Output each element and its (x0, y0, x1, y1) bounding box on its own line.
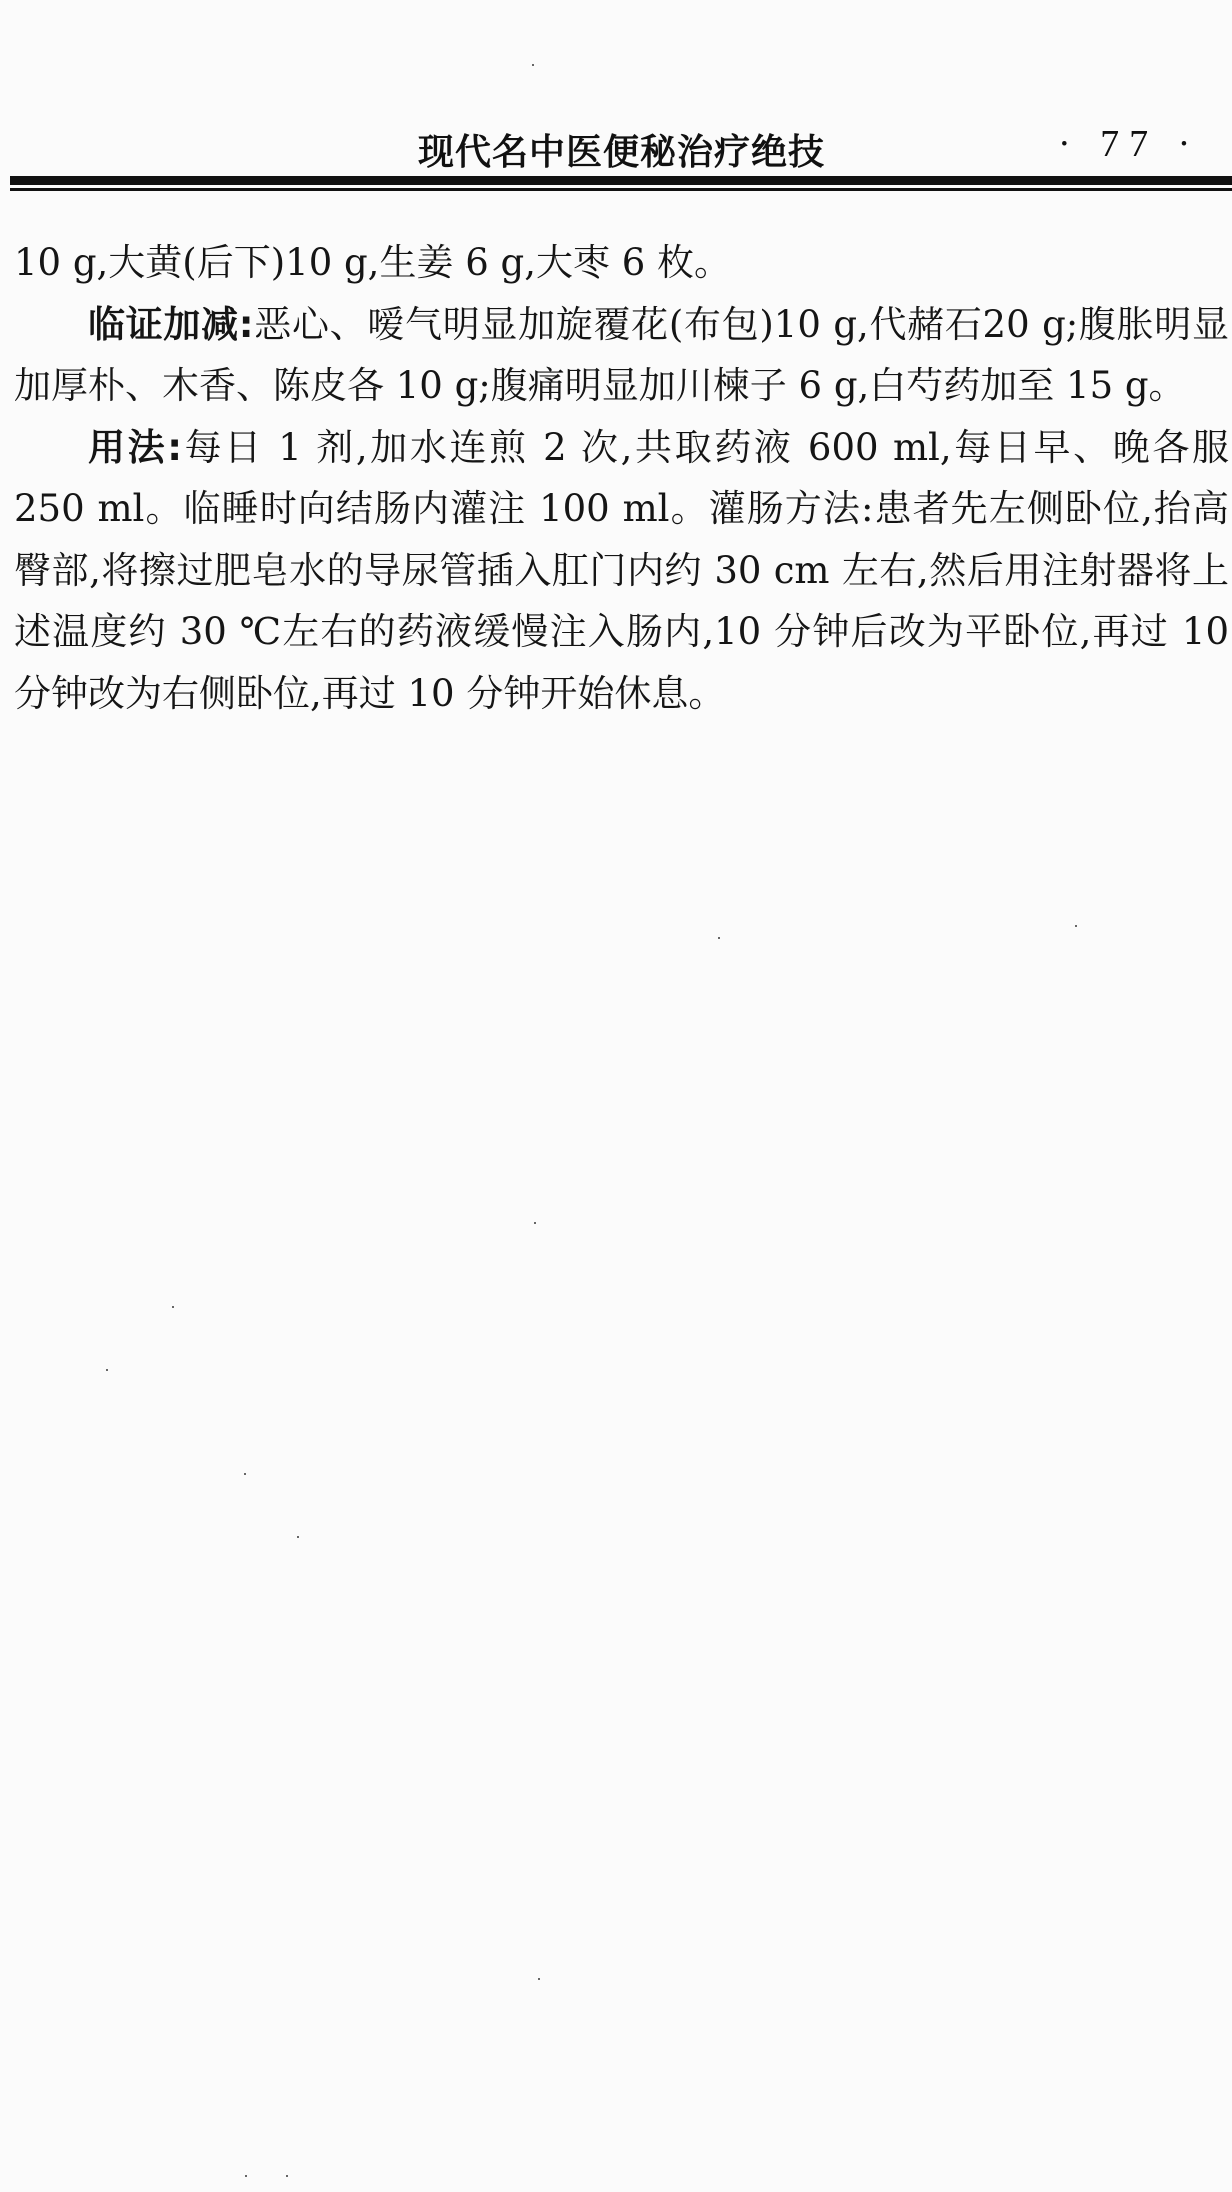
scan-speck (1075, 925, 1077, 927)
scan-speck (718, 937, 720, 939)
paragraph-prescription-end: 10 g,大黄(后下)10 g,生姜 6 g,大枣 6 枚。 (14, 232, 1229, 294)
scan-speck (532, 64, 534, 66)
paragraph-keyword: 用法: (88, 426, 182, 469)
scan-speck (172, 1306, 174, 1308)
body-text: 10 g,大黄(后下)10 g,生姜 6 g,大枣 6 枚。 临证加减:恶心、嗳… (14, 232, 1229, 724)
paragraph-modifications: 临证加减:恶心、嗳气明显加旋覆花(布包)10 g,代赭石20 g;腹胀明显加厚朴… (14, 294, 1229, 417)
paragraph-usage: 用法:每日 1 剂,加水连煎 2 次,共取药液 600 ml,每日早、晚各服 2… (14, 417, 1229, 725)
scan-speck (244, 1473, 246, 1475)
header-rule-thin (10, 188, 1232, 191)
header-rule-thick (10, 176, 1232, 185)
page-number: · 77 · (1058, 122, 1200, 166)
scan-speck (286, 2175, 288, 2177)
scan-speck (534, 1222, 536, 1224)
scan-speck (538, 1978, 540, 1980)
scan-speck (297, 1536, 299, 1538)
scan-speck (245, 2175, 247, 2177)
book-title: 现代名中医便秘治疗绝技 (418, 124, 825, 175)
paragraph-keyword: 临证加减: (88, 303, 254, 346)
paragraph-text: 10 g,大黄(后下)10 g,生姜 6 g,大枣 6 枚。 (14, 241, 731, 284)
scan-speck (106, 1369, 108, 1371)
paragraph-text: 每日 1 剂,加水连煎 2 次,共取药液 600 ml,每日早、晚各服 250 … (14, 426, 1229, 715)
